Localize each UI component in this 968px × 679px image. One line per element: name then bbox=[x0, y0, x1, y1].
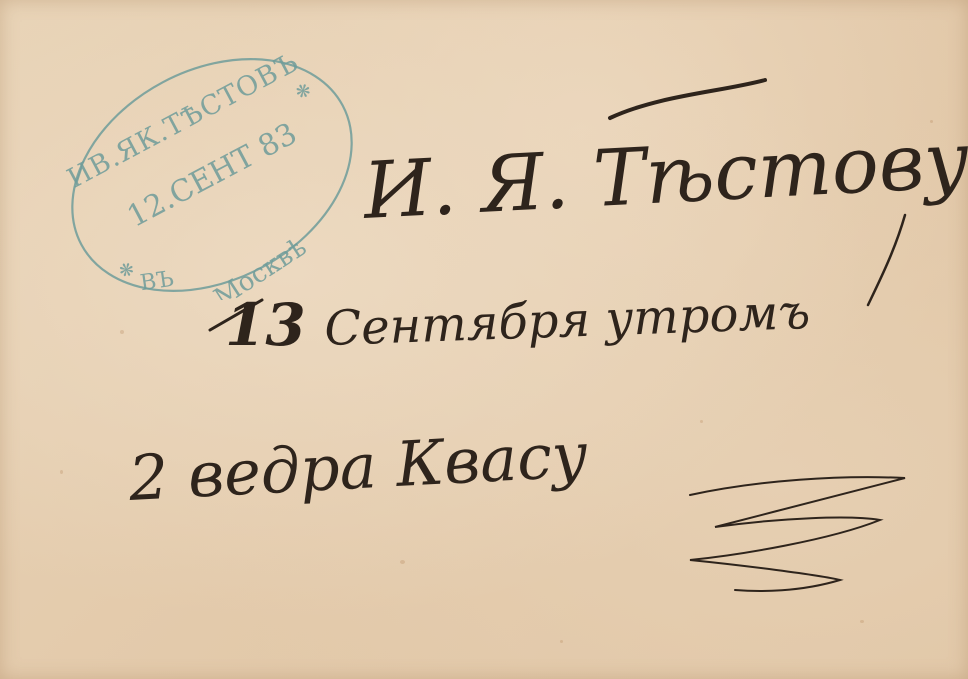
addressee: И. Я. Тѣстову bbox=[359, 115, 968, 237]
date-text: Сентября утромъ bbox=[323, 284, 811, 357]
date-day: 13 bbox=[225, 291, 306, 359]
handwritten-text: И. Я. Тѣстову 13 Сентября утромъ 2 ведра… bbox=[0, 0, 968, 679]
flourish-underline bbox=[690, 477, 905, 591]
postcard: ИВ.ЯК.ТѢСТОВЪ 12.СЕНТ 83 ❋ ❋ ВЪ Москвѣ И… bbox=[0, 0, 968, 679]
item-line: 2 ведра Квасу bbox=[126, 418, 590, 515]
